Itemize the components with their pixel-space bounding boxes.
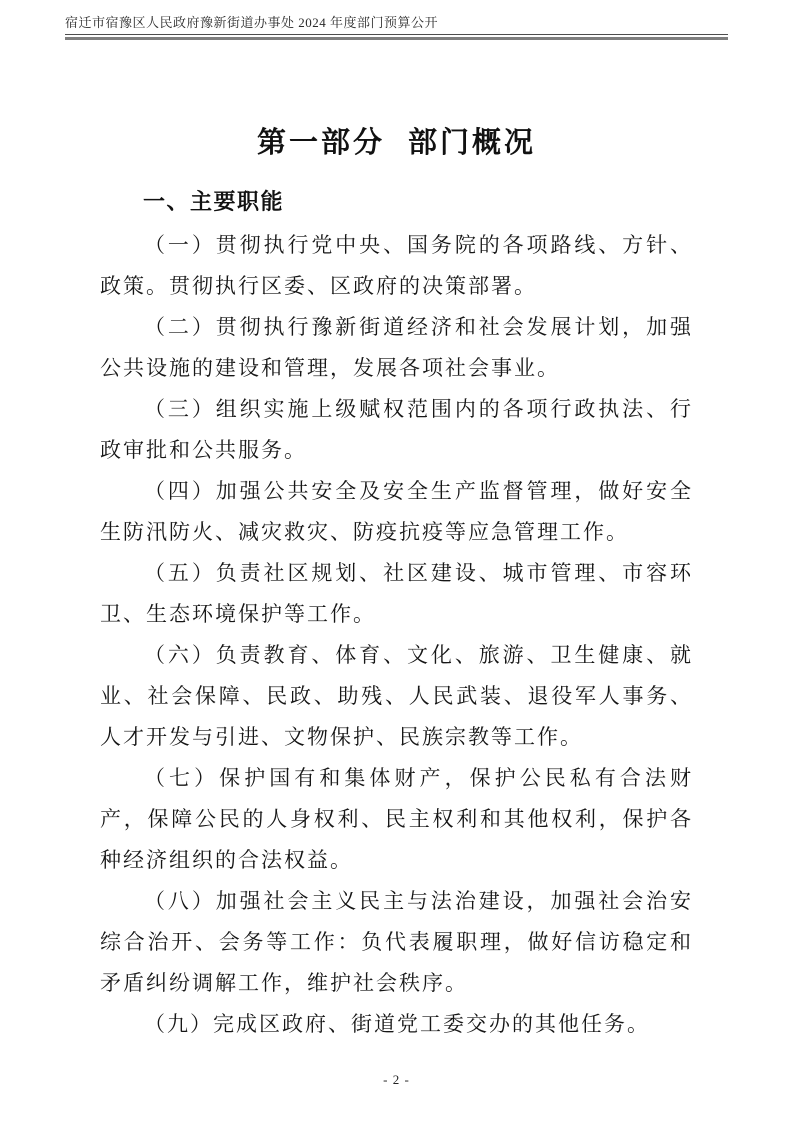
paragraph-5: （五）负责社区规划、社区建设、城市管理、市容环卫、生态环境保护等工作。 xyxy=(100,553,693,635)
paragraph-3: （三）组织实施上级赋权范围内的各项行政执法、行政审批和公共服务。 xyxy=(100,389,693,471)
page-footer: - 2 - xyxy=(0,1072,793,1088)
paragraph-4: （四）加强公共安全及安全生产监督管理，做好安全生防汛防火、减灾救灾、防疫抗疫等应… xyxy=(100,471,693,553)
section-heading-main-functions: 一、主要职能 xyxy=(100,187,693,217)
paragraph-8: （八）加强社会主义民主与法治建设，加强社会治安综合治开、会务等工作：负代表履职理… xyxy=(100,881,693,1004)
paragraph-2: （二）贯彻执行豫新街道经济和社会发展计划，加强公共设施的建设和管理，发展各项社会… xyxy=(100,307,693,389)
page-title: 第一部分 部门概况 xyxy=(100,126,693,160)
document-header: 宿迁市宿豫区人民政府豫新街道办事处 2024 年度部门预算公开 xyxy=(65,12,728,40)
paragraph-list: （一）贯彻执行党中央、国务院的各项路线、方针、政策。贯彻执行区委、区政府的决策部… xyxy=(100,225,693,1045)
header-title: 宿迁市宿豫区人民政府豫新街道办事处 2024 年度部门预算公开 xyxy=(65,12,728,35)
header-rule-divider xyxy=(65,37,728,40)
paragraph-7: （七）保护国有和集体财产，保护公民私有合法财产，保障公民的人身权利、民主权利和其… xyxy=(100,758,693,881)
paragraph-9: （九）完成区政府、街道党工委交办的其他任务。 xyxy=(100,1004,693,1045)
paragraph-6: （六）负责教育、体育、文化、旅游、卫生健康、就业、社会保障、民政、助残、人民武装… xyxy=(100,635,693,758)
document-body: 第一部分 部门概况 一、主要职能 （一）贯彻执行党中央、国务院的各项路线、方针、… xyxy=(100,126,693,1045)
paragraph-1: （一）贯彻执行党中央、国务院的各项路线、方针、政策。贯彻执行区委、区政府的决策部… xyxy=(100,225,693,307)
page-number: - 2 - xyxy=(383,1072,410,1087)
